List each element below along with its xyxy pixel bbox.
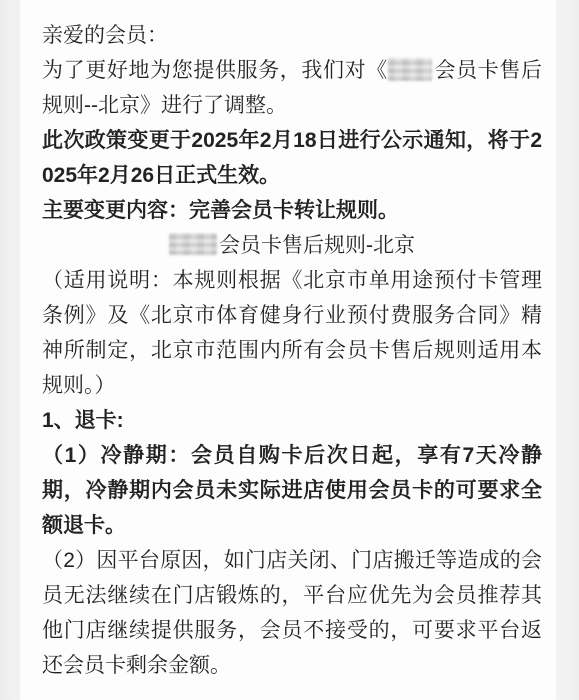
photo-background: 亲爱的会员： 为了更好地为您提供服务，我们对《会员卡售后规则--北京》进行了调整… — [0, 0, 579, 700]
refund-rule-item-1: （1）冷静期：会员自购卡后次日起，享有7天冷静期，冷静期内会员未实际进店使用会员… — [42, 438, 542, 543]
rules-title: 会员卡售后规则-北京 — [42, 228, 542, 263]
refund-rule-item-2: （2）因平台原因，如门店关闭、门店搬迁等造成的会员无法继续在门店锻炼的，平台应优… — [42, 543, 542, 683]
main-change-summary: 主要变更内容：完善会员卡转让规则。 — [42, 193, 542, 228]
applicability-note: （适用说明：本规则根据《北京市单用途预付卡管理条例》及《北京市体育健身行业预付费… — [42, 263, 542, 403]
redacted-brand-name — [388, 58, 432, 81]
policy-change-announcement: 此次政策变更于2025年2月18日进行公示通知，将于2025年2月26日正式生效… — [42, 123, 542, 193]
salutation: 亲爱的会员： — [42, 18, 542, 53]
notice-document: 亲爱的会员： 为了更好地为您提供服务，我们对《会员卡售后规则--北京》进行了调整… — [20, 0, 556, 700]
section-1-heading: 1、退卡: — [42, 403, 542, 438]
intro-text-before: 为了更好地为您提供服务，我们对《 — [42, 59, 388, 82]
redacted-brand-name — [169, 233, 217, 255]
rules-title-text: 会员卡售后规则-北京 — [219, 234, 415, 257]
intro-paragraph: 为了更好地为您提供服务，我们对《会员卡售后规则--北京》进行了调整。 — [42, 53, 542, 123]
